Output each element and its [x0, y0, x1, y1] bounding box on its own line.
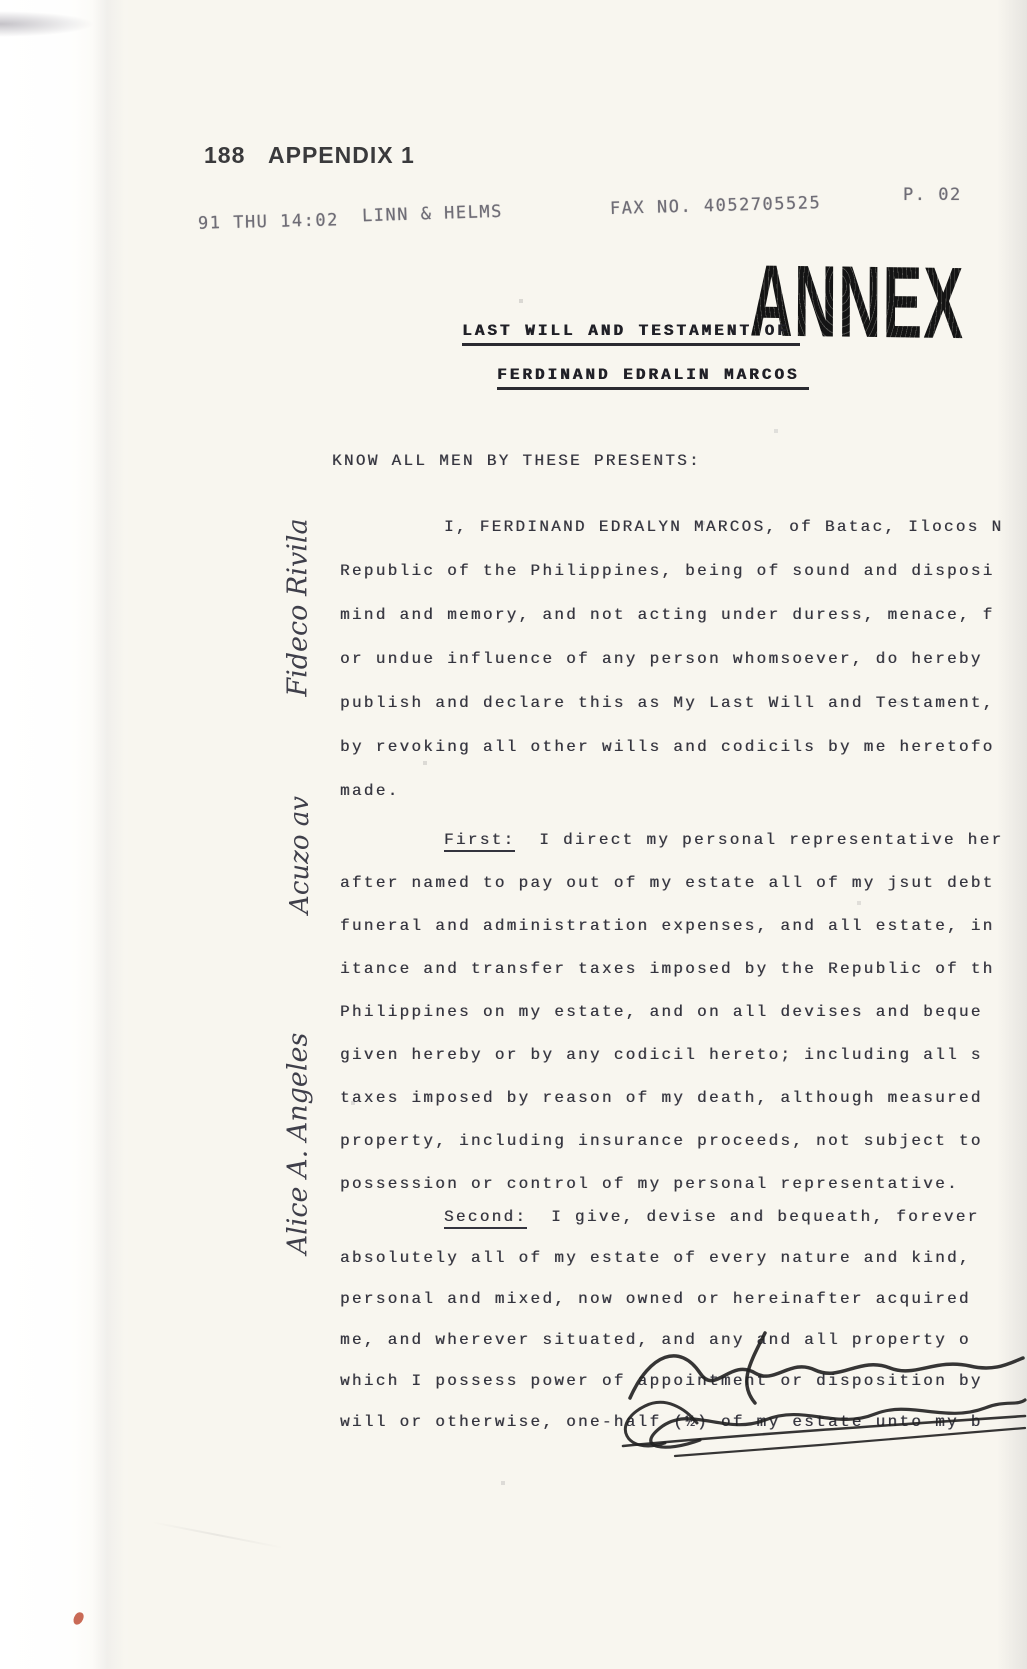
typed-line: publish and declare this as My Last Will… [340, 694, 1027, 738]
will-title-line1: LAST WILL AND TESTAMENT OF [462, 322, 800, 346]
fax-sender-name: LINN & HELMS [362, 202, 503, 226]
typed-line: mind and memory, and not acting under du… [340, 606, 1027, 650]
signature-scrawl [605, 1328, 1027, 1463]
typed-line: given hereby or by any codicil hereto; i… [340, 1046, 1027, 1089]
typed-line: itance and transfer taxes imposed by the… [340, 960, 1027, 1003]
opening-declaration: KNOW ALL MEN BY THESE PRESENTS: [332, 452, 701, 470]
second-clause-lead: Second: [444, 1208, 527, 1229]
first-clause-lead: First: [444, 831, 515, 852]
typed-line: taxes imposed by reason of my death, alt… [340, 1089, 1027, 1132]
fax-number: FAX NO. 4052705525 [610, 193, 822, 219]
typed-line: property, including insurance proceeds, … [340, 1132, 1027, 1175]
first-clause-paragraph: First: I direct my personal representati… [340, 831, 1027, 1218]
paper-crease [151, 1521, 284, 1549]
typed-line: after named to pay out of my estate all … [340, 874, 1027, 917]
typed-line: funeral and administration expenses, and… [340, 917, 1027, 960]
typed-line: or undue influence of any person whomsoe… [340, 650, 1027, 694]
typed-line: personal and mixed, now owned or hereina… [340, 1290, 1027, 1331]
typed-line: I, FERDINAND EDRALYN MARCOS, of Batac, I… [340, 518, 1027, 562]
typed-line: absolutely all of my estate of every nat… [340, 1249, 1027, 1290]
will-title-line2: FERDINAND EDRALIN MARCOS [497, 366, 809, 390]
top-left-shadow [0, 0, 180, 40]
typed-line: Republic of the Philippines, being of so… [340, 562, 1027, 606]
fax-timestamp: 91 THU 14:02 [198, 210, 339, 233]
intro-paragraph: I, FERDINAND EDRALYN MARCOS, of Batac, I… [340, 518, 1027, 826]
typed-line: made. [340, 782, 1027, 826]
typed-line: First: I direct my personal representati… [340, 831, 1027, 874]
scan-noise [0, 0, 2, 2]
book-page-number: 188 [204, 142, 245, 169]
page-curve-shadow [92, 0, 126, 1669]
typed-line-text: I direct my personal representative her [515, 831, 1003, 849]
typed-line: Second: I give, devise and bequeath, for… [340, 1208, 1027, 1249]
marginal-handwritten-signature: Acuzo av [285, 770, 315, 940]
typed-line: by revoking all other wills and codicils… [340, 738, 1027, 782]
marginal-handwritten-signature: Fideco Rivila [283, 513, 314, 703]
typed-line-text: I give, devise and bequeath, forever [527, 1208, 979, 1226]
marginal-handwritten-signature: Alice A. Angeles [283, 994, 314, 1294]
appendix-label: APPENDIX 1 [268, 142, 415, 169]
fax-page-indicator: P. 02 [903, 185, 962, 205]
typed-line: Philippines on my estate, and on all dev… [340, 1003, 1027, 1046]
